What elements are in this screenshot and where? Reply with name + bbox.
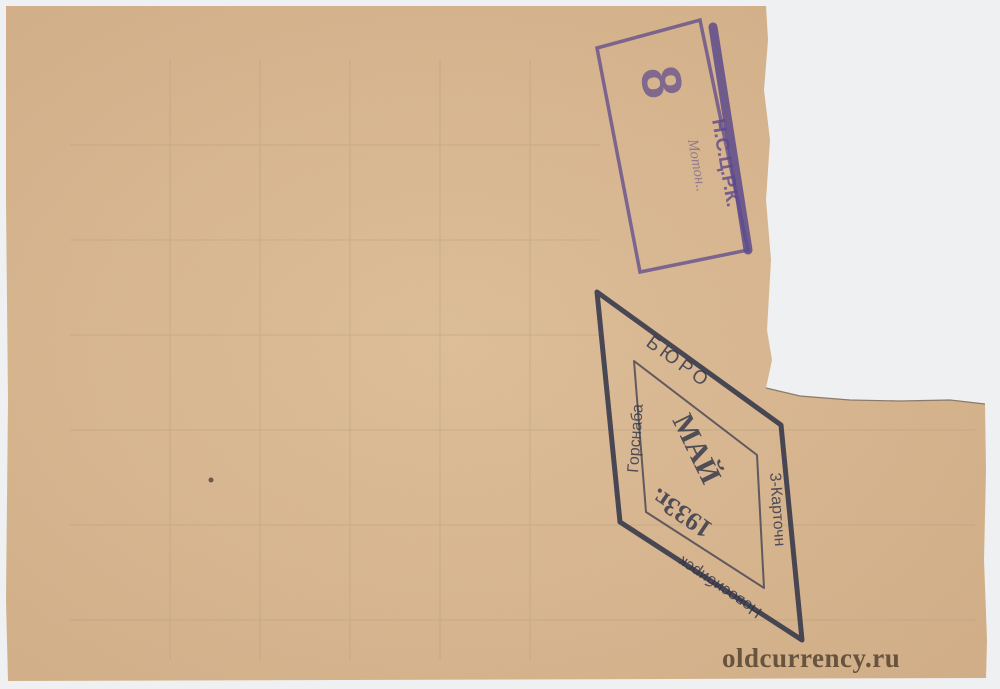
- stamp-diamond: БЮРО Горснаба 3-Карточн Новосибирск МАЙ …: [0, 0, 1000, 689]
- watermark-text: oldcurrency.ru: [722, 643, 900, 674]
- scanned-document: 8 Н.С.Ц.Р.К. Мотон.. БЮРО Горснаба 3-Кар…: [0, 0, 1000, 689]
- svg-text:Новосибирск: Новосибирск: [675, 552, 765, 621]
- svg-text:БЮРО: БЮРО: [642, 332, 715, 393]
- svg-text:МАЙ: МАЙ: [666, 409, 728, 489]
- svg-text:Горснаба: Горснаба: [625, 403, 647, 473]
